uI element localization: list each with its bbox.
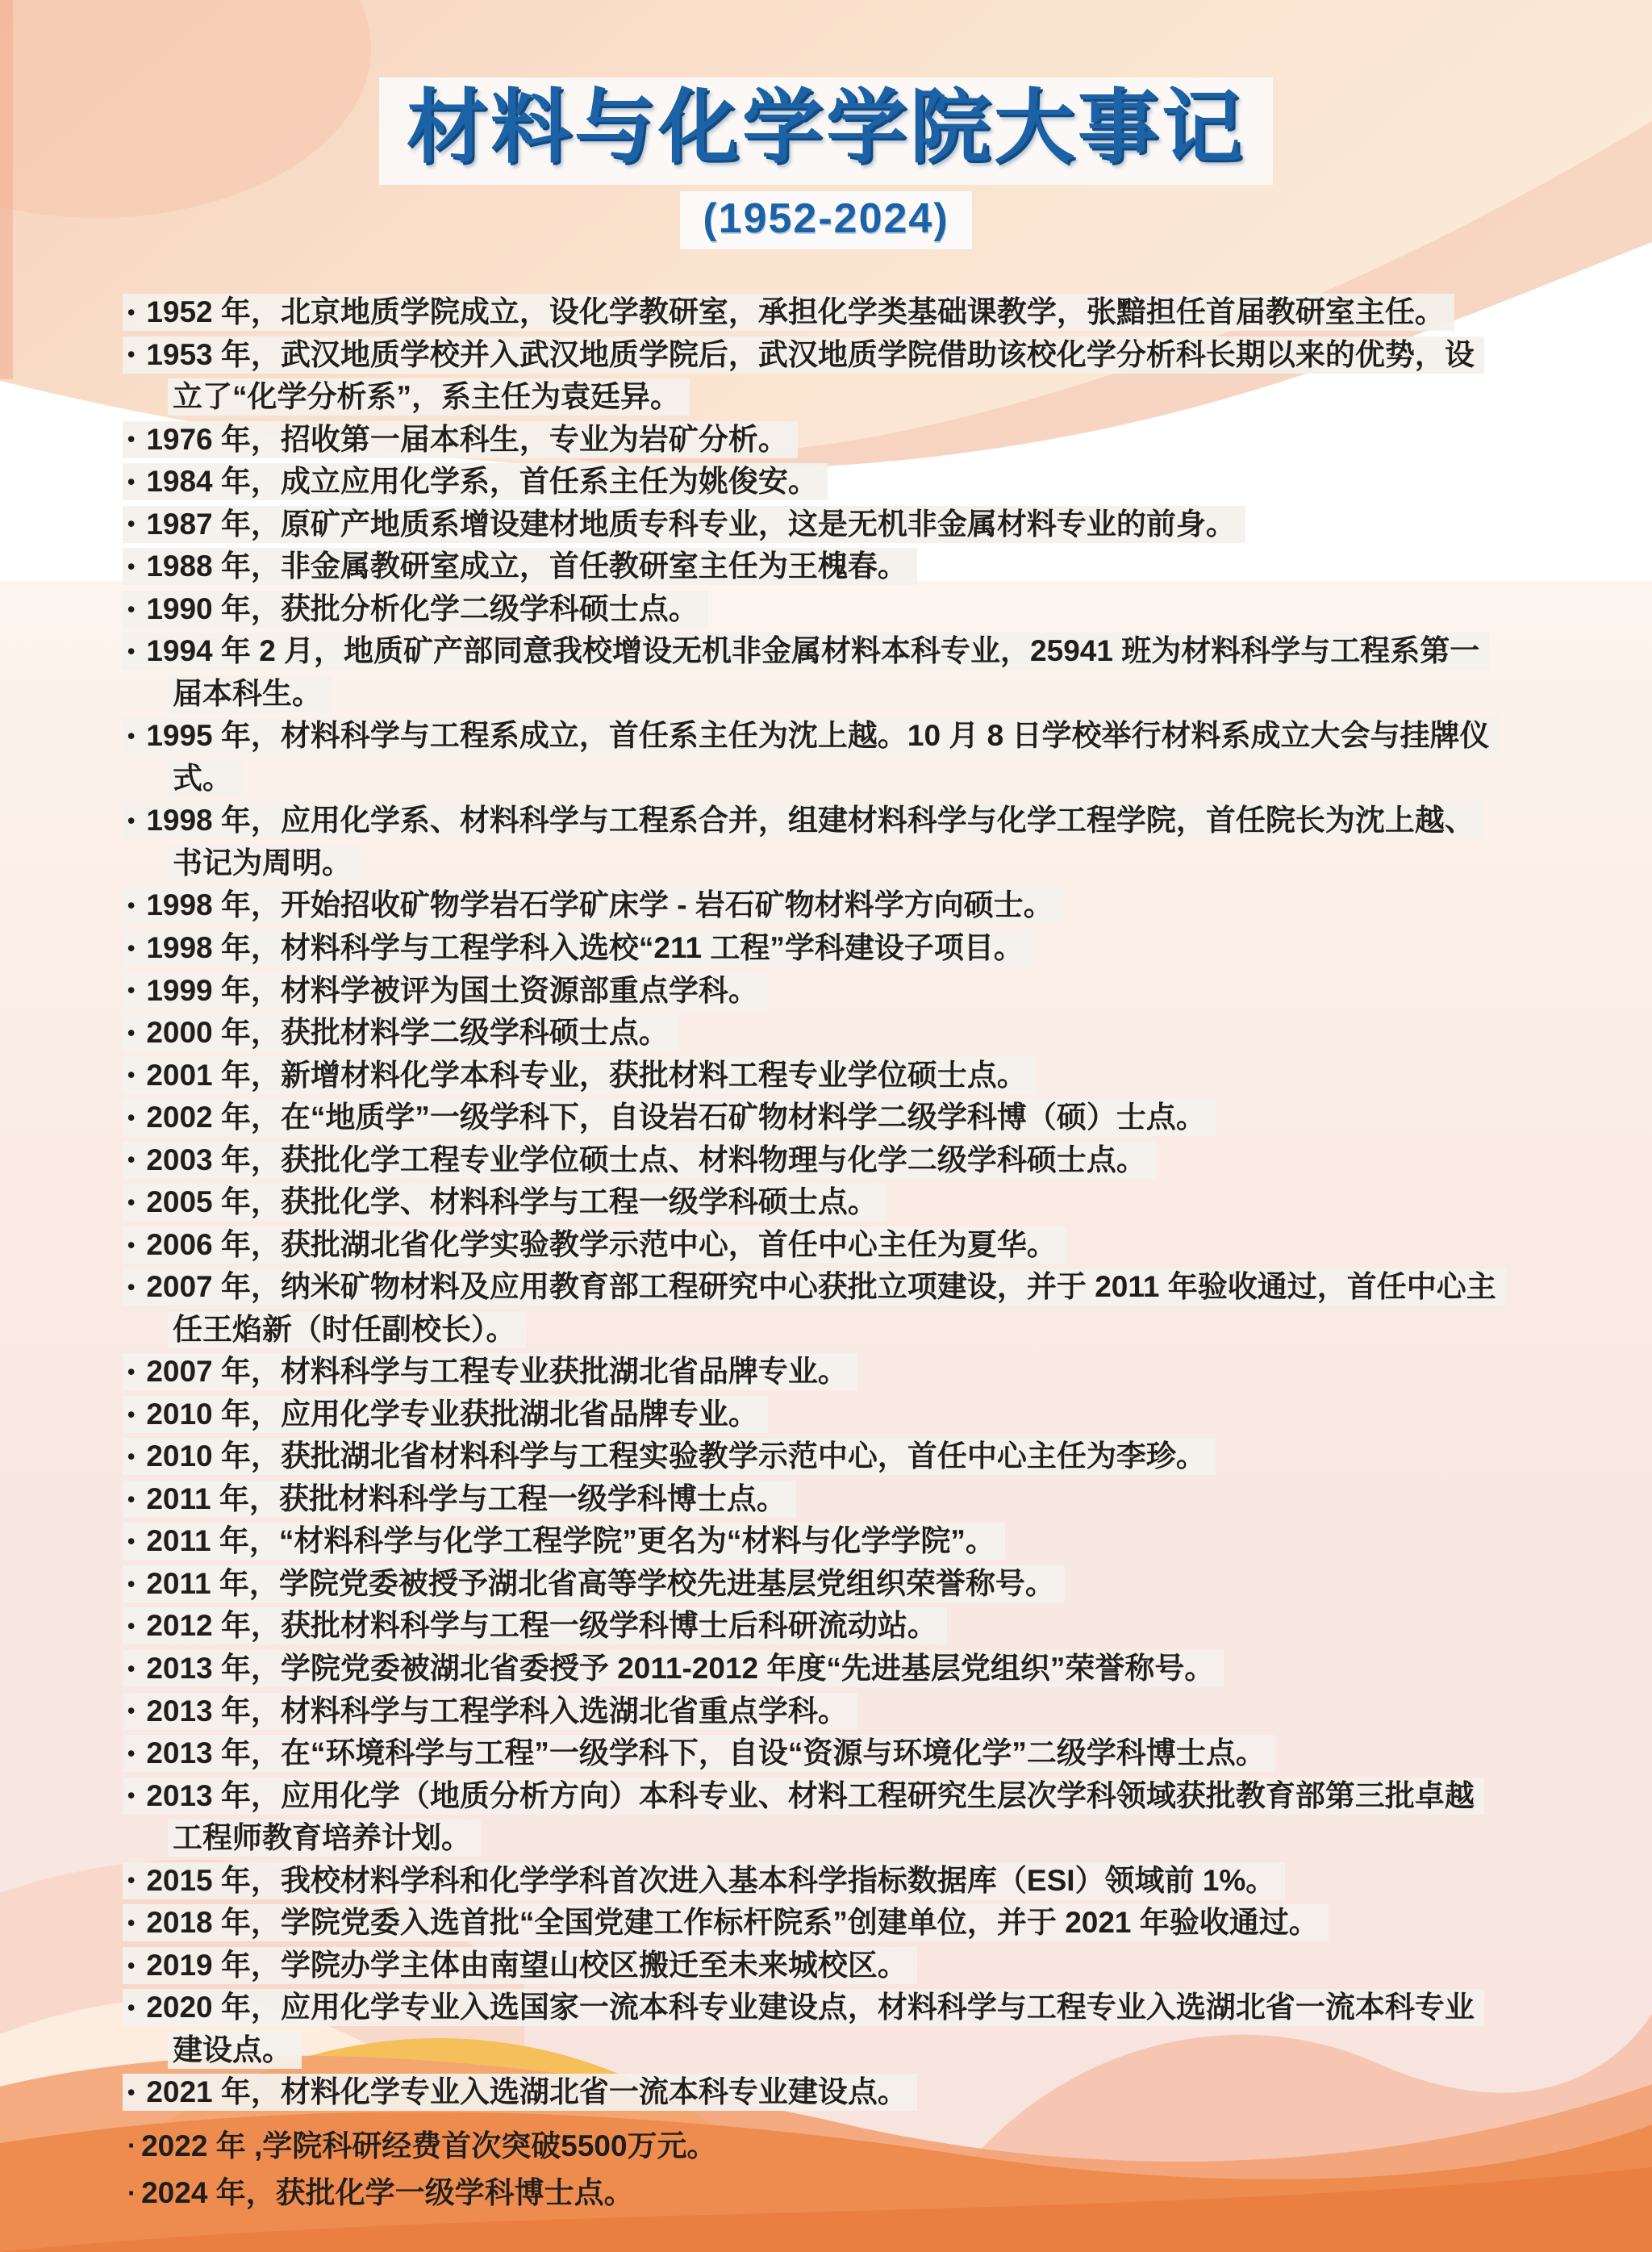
- timeline-item-highlight: •2013 年，在“环境科学与工程”一级学科下，自设“资源与环境化学”二级学科博…: [123, 1735, 1275, 1772]
- bullet-icon: •: [127, 1696, 135, 1727]
- timeline-item-text: 2022 年 ,学院科研经费首次突破5500万元。: [141, 2129, 716, 2162]
- bullet-icon: •: [127, 1654, 135, 1685]
- timeline-item-highlight: •2002 年，在“地质学”一级学科下，自设岩石矿物材料学二级学科博（硕）士点。: [123, 1099, 1216, 1136]
- poster-content: 材料与化学学院大事记 (1952-2024) •1952 年，北京地质学院成立，…: [0, 0, 1652, 2252]
- timeline-item: •1953 年，武汉地质学校并入武汉地质学院后，武汉地质学院借助该校化学分析科长…: [123, 334, 1500, 419]
- timeline-item-text: 2024 年，获批化学一级学科博士点。: [141, 2176, 634, 2209]
- timeline-item-highlight: •2011 年，“材料科学与化学工程学院”更名为“材料与化学学院”。: [123, 1523, 1005, 1560]
- timeline-item: •2013 年，材料科学与工程学科入选湖北省重点学科。: [123, 1690, 1500, 1733]
- timeline-item: •1952 年，北京地质学院成立，设化学教研室，承担化学类基础课教学，张黯担任首…: [123, 291, 1500, 334]
- timeline-item-text: 2013 年，应用化学（地质分析方向）本科专业、材料工程研究生层次学科领域获批教…: [146, 1779, 1475, 1855]
- timeline-item: •2011 年，“材料科学与化学工程学院”更名为“材料与化学学院”。: [123, 1520, 1500, 1563]
- header: 材料与化学学院大事记 (1952-2024): [0, 0, 1652, 249]
- timeline-item-text: 2019 年，学院办学主体由南望山校区搬迁至未来城校区。: [146, 1949, 907, 1982]
- timeline-item: •2013 年，在“环境科学与工程”一级学科下，自设“资源与环境化学”二级学科博…: [123, 1732, 1500, 1775]
- bullet-icon: •: [127, 1866, 135, 1896]
- timeline-list: •1952 年，北京地质学院成立，设化学教研室，承担化学类基础课教学，张黯担任首…: [0, 291, 1652, 2215]
- timeline-item-text: 1952 年，北京地质学院成立，设化学教研室，承担化学类基础课教学，张黯担任首届…: [146, 295, 1445, 328]
- timeline-item-highlight: •1976 年，招收第一届本科生，专业为岩矿分析。: [123, 421, 798, 458]
- timeline-item: •2010 年，应用化学专业获批湖北省品牌专业。: [123, 1393, 1500, 1436]
- bullet-icon: ·: [127, 2175, 136, 2212]
- bullet-icon: •: [127, 1611, 135, 1642]
- timeline-item-text: 1999 年，材料学被评为国土资源部重点学科。: [146, 974, 758, 1007]
- timeline-item-text: 2011 年，学院党委被授予湖北省高等学校先进基层党组织荣誉称号。: [146, 1567, 1055, 1600]
- bullet-icon: •: [127, 2078, 135, 2108]
- bullet-icon: •: [127, 1060, 135, 1091]
- timeline-item-highlight: •1988 年，非金属教研室成立，首任教研室主任为王槐春。: [123, 548, 917, 585]
- timeline-item-text: 2001 年，新增材料化学本科专业，获批材料工程专业学位硕士点。: [146, 1059, 1027, 1092]
- timeline-item: •1998 年，材料科学与工程学科入选校“211 工程”学科建设子项目。: [123, 927, 1500, 970]
- timeline-item-highlight: •2018 年，学院党委入选首批“全国党建工作标杆院系”创建单位，并于 2021…: [123, 1904, 1329, 1941]
- timeline-item-text: 1995 年，材料科学与工程系成立，首任系主任为沈上越。10 月 8 日学校举行…: [146, 719, 1489, 795]
- bullet-icon: •: [127, 552, 135, 583]
- bullet-icon: •: [127, 298, 135, 328]
- timeline-item-text: 2020 年，应用化学专业入选国家一流本科专业建设点，材料科学与工程专业入选湖北…: [146, 1991, 1475, 2066]
- timeline-item-text: 2011 年，获批材料科学与工程一级学科博士点。: [146, 1482, 786, 1515]
- timeline-item-text: 2005 年，获批化学、材料科学与工程一级学科硕士点。: [146, 1185, 878, 1218]
- timeline-item-highlight: •2011 年，学院党委被授予湖北省高等学校先进基层党组织荣誉称号。: [123, 1565, 1065, 1602]
- bullet-icon: •: [127, 340, 135, 370]
- page-subtitle: (1952-2024): [680, 191, 971, 249]
- timeline-item-highlight: •2006 年，获批湖北省化学实验教学示范中心，首任中心主任为夏华。: [123, 1226, 1066, 1264]
- timeline-item: •2007 年，纳米矿物材料及应用教育部工程研究中心获批立项建设，并于 2011…: [123, 1266, 1500, 1351]
- timeline-item-highlight: •2020 年，应用化学专业入选国家一流本科专业建设点，材料科学与工程专业入选湖…: [123, 1989, 1484, 2069]
- timeline-item-highlight: •2013 年，学院党委被湖北省委授予 2011-2012 年度“先进基层党组织…: [123, 1650, 1224, 1687]
- bullet-icon: •: [127, 1485, 135, 1515]
- timeline-item-text: 2015 年，我校材料学科和化学学科首次进入基本科学指标数据库（ESI）领域前 …: [146, 1864, 1275, 1897]
- timeline-item: •2002 年，在“地质学”一级学科下，自设岩石矿物材料学二级学科博（硕）士点。: [123, 1097, 1500, 1139]
- timeline-item-text: 1998 年，材料科学与工程学科入选校“211 工程”学科建设子项目。: [146, 931, 1024, 964]
- timeline-item: •2011 年，获批材料科学与工程一级学科博士点。: [123, 1478, 1500, 1521]
- bullet-icon: •: [127, 1442, 135, 1473]
- page-title: 材料与化学学院大事记: [379, 77, 1273, 185]
- timeline-item-text: 1998 年，应用化学系、材料科学与工程系合并，组建材料科学与化学工程学院，首任…: [146, 804, 1475, 879]
- timeline-item-highlight: ·2024 年，获批化学一级学科博士点。: [123, 2175, 644, 2212]
- timeline-item-text: 2007 年，材料科学与工程专业获批湖北省品牌专业。: [146, 1355, 848, 1388]
- timeline-item-highlight: •2007 年，纳米矿物材料及应用教育部工程研究中心获批立项建设，并于 2011…: [123, 1268, 1506, 1348]
- bullet-icon: •: [127, 1145, 135, 1176]
- timeline-item: •2003 年，获批化学工程专业学位硕士点、材料物理与化学二级学科硕士点。: [123, 1139, 1500, 1182]
- timeline-item: •1984 年，成立应用化学系，首任系主任为姚俊安。: [123, 461, 1500, 503]
- timeline-item-text: 2010 年，获批湖北省材料科学与工程实验教学示范中心，首任中心主任为李珍。: [146, 1439, 1206, 1473]
- bullet-icon: •: [127, 1357, 135, 1388]
- bullet-icon: •: [127, 891, 135, 921]
- timeline-item-highlight: ·2022 年 ,学院科研经费首次突破5500万元。: [123, 2128, 727, 2165]
- bullet-icon: •: [127, 1569, 135, 1600]
- timeline-item-highlight: •2007 年，材料科学与工程专业获批湖北省品牌专业。: [123, 1353, 857, 1390]
- timeline-item: •1999 年，材料学被评为国土资源部重点学科。: [123, 970, 1500, 1013]
- bullet-icon: •: [127, 637, 135, 667]
- timeline-item-text: 2013 年，材料科学与工程学科入选湖北省重点学科。: [146, 1694, 848, 1728]
- timeline-item-highlight: •1953 年，武汉地质学校并入武汉地质学院后，武汉地质学院借助该校化学分析科长…: [123, 336, 1484, 416]
- timeline-item-highlight: •1952 年，北京地质学院成立，设化学教研室，承担化学类基础课教学，张黯担任首…: [123, 294, 1454, 331]
- timeline-item-highlight: •2010 年，应用化学专业获批湖北省品牌专业。: [123, 1396, 768, 1433]
- timeline-item: •2019 年，学院办学主体由南望山校区搬迁至未来城校区。: [123, 1945, 1500, 1987]
- bullet-icon: •: [127, 1230, 135, 1261]
- timeline-item-highlight: •2000 年，获批材料学二级学科硕士点。: [123, 1014, 678, 1051]
- timeline-item: •1990 年，获批分析化学二级学科硕士点。: [123, 588, 1500, 631]
- timeline-item-highlight: •2010 年，获批湖北省材料科学与工程实验教学示范中心，首任中心主任为李珍。: [123, 1438, 1216, 1475]
- timeline-item-text: 1987 年，原矿产地质系增设建材地质专科专业，这是无机非金属材料专业的前身。: [146, 508, 1236, 541]
- timeline-item-text: 2018 年，学院党委入选首批“全国党建工作标杆院系”创建单位，并于 2021 …: [146, 1906, 1318, 1939]
- bullet-icon: •: [127, 1018, 135, 1049]
- timeline-item: •2020 年，应用化学专业入选国家一流本科专业建设点，材料科学与工程专业入选湖…: [123, 1987, 1500, 2071]
- timeline-item: •2007 年，材料科学与工程专业获批湖北省品牌专业。: [123, 1351, 1500, 1393]
- timeline-item-text: 1984 年，成立应用化学系，首任系主任为姚俊安。: [146, 465, 818, 498]
- timeline-item-text: 2000 年，获批材料学二级学科硕士点。: [146, 1016, 669, 1049]
- timeline-item-highlight: •2011 年，获批材料科学与工程一级学科博士点。: [123, 1481, 796, 1518]
- timeline-item-text: 1990 年，获批分析化学二级学科硕士点。: [146, 592, 699, 625]
- timeline-item: •2011 年，学院党委被授予湖北省高等学校先进基层党组织荣誉称号。: [123, 1563, 1500, 1606]
- timeline-item-text: 1953 年，武汉地质学校并入武汉地质学院后，武汉地质学院借助该校化学分析科长期…: [146, 338, 1475, 414]
- timeline-item: •1995 年，材料科学与工程系成立，首任系主任为沈上越。10 月 8 日学校举…: [123, 715, 1500, 800]
- timeline-item: •1987 年，原矿产地质系增设建材地质专科专业，这是无机非金属材料专业的前身。: [123, 503, 1500, 546]
- timeline-item-highlight: •1998 年，材料科学与工程学科入选校“211 工程”学科建设子项目。: [123, 930, 1033, 967]
- timeline-item-text: 2006 年，获批湖北省化学实验教学示范中心，首任中心主任为夏华。: [146, 1228, 1057, 1261]
- bullet-icon: •: [127, 1103, 135, 1134]
- timeline-item: •2021 年，材料化学专业入选湖北省一流本科专业建设点。: [123, 2071, 1500, 2114]
- timeline-item-highlight: •1999 年，材料学被评为国土资源部重点学科。: [123, 972, 768, 1009]
- timeline-item-text: 2013 年，在“环境科学与工程”一级学科下，自设“资源与环境化学”二级学科博士…: [146, 1736, 1266, 1769]
- timeline-item-text: 1994 年 2 月，地质矿产部同意我校增设无机非金属材料本科专业，25941 …: [146, 634, 1479, 710]
- timeline-item: •1998 年，应用化学系、材料科学与工程系合并，组建材料科学与化学工程学院，首…: [123, 800, 1500, 884]
- timeline-item-text: 2010 年，应用化学专业获批湖北省品牌专业。: [146, 1398, 758, 1431]
- timeline-item-highlight: •1998 年，开始招收矿物学岩石学矿床学 - 岩石矿物材料学方向硕士。: [123, 887, 1063, 924]
- timeline-item-highlight: •1990 年，获批分析化学二级学科硕士点。: [123, 591, 708, 628]
- timeline-item: •1998 年，开始招收矿物学岩石学矿床学 - 岩石矿物材料学方向硕士。: [123, 884, 1500, 927]
- bullet-icon: •: [127, 1908, 135, 1939]
- bullet-icon: •: [127, 1400, 135, 1431]
- timeline-item-highlight: •2019 年，学院办学主体由南望山校区搬迁至未来城校区。: [123, 1947, 917, 1984]
- bullet-icon: •: [127, 934, 135, 964]
- timeline-item-text: 1988 年，非金属教研室成立，首任教研室主任为王槐春。: [146, 549, 907, 583]
- timeline-item: •2005 年，获批化学、材料科学与工程一级学科硕士点。: [123, 1181, 1500, 1224]
- timeline-item-text: 2003 年，获批化学工程专业学位硕士点、材料物理与化学二级学科硕士点。: [146, 1143, 1146, 1176]
- timeline-item: •2001 年，新增材料化学本科专业，获批材料工程专业学位硕士点。: [123, 1055, 1500, 1097]
- timeline-item-highlight: •1994 年 2 月，地质矿产部同意我校增设无机非金属材料本科专业，25941…: [123, 633, 1489, 712]
- timeline-item-text: 2012 年，获批材料科学与工程一级学科博士后科研流动站。: [146, 1609, 937, 1642]
- timeline-item: •2018 年，学院党委入选首批“全国党建工作标杆院系”创建单位，并于 2021…: [123, 1902, 1500, 1945]
- timeline-item: •2012 年，获批材料科学与工程一级学科博士后科研流动站。: [123, 1605, 1500, 1648]
- bullet-icon: •: [127, 1781, 135, 1811]
- timeline-item-text: 2011 年，“材料科学与化学工程学院”更名为“材料与化学学院”。: [146, 1524, 995, 1557]
- bullet-icon: •: [127, 1272, 135, 1303]
- timeline-item-text: 2013 年，学院党委被湖北省委授予 2011-2012 年度“先进基层党组织”…: [146, 1652, 1214, 1685]
- bullet-icon: •: [127, 1527, 135, 1557]
- timeline-item-highlight: •1998 年，应用化学系、材料科学与工程系合并，组建材料科学与化学工程学院，首…: [123, 802, 1484, 882]
- timeline-item: •2013 年，学院党委被湖北省委授予 2011-2012 年度“先进基层党组织…: [123, 1648, 1500, 1690]
- timeline-item: •2000 年，获批材料学二级学科硕士点。: [123, 1012, 1500, 1055]
- bullet-icon: •: [127, 467, 135, 498]
- bullet-icon: •: [127, 721, 135, 752]
- timeline-item: •1994 年 2 月，地质矿产部同意我校增设无机非金属材料本科专业，25941…: [123, 630, 1500, 715]
- timeline-item-highlight: •2003 年，获批化学工程专业学位硕士点、材料物理与化学二级学科硕士点。: [123, 1142, 1156, 1179]
- timeline-item-highlight: •2015 年，我校材料学科和化学学科首次进入基本科学指标数据库（ESI）领域前…: [123, 1862, 1285, 1899]
- timeline-item-highlight: •1995 年，材料科学与工程系成立，首任系主任为沈上越。10 月 8 日学校举…: [123, 717, 1500, 797]
- poster-page: 材料与化学学院大事记 (1952-2024) •1952 年，北京地质学院成立，…: [0, 0, 1652, 2252]
- timeline-item: ·2022 年 ,学院科研经费首次突破5500万元。: [123, 2125, 1500, 2168]
- timeline-item-text: 2021 年，材料化学专业入选湖北省一流本科专业建设点。: [146, 2075, 907, 2108]
- bullet-icon: ·: [127, 2127, 136, 2165]
- bullet-icon: •: [127, 595, 135, 625]
- timeline-item-highlight: •2012 年，获批材料科学与工程一级学科博士后科研流动站。: [123, 1607, 947, 1644]
- timeline-item-text: 1998 年，开始招收矿物学岩石学矿床学 - 岩石矿物材料学方向硕士。: [146, 888, 1053, 921]
- timeline-item-highlight: •2021 年，材料化学专业入选湖北省一流本科专业建设点。: [123, 2074, 917, 2111]
- timeline-item: •2006 年，获批湖北省化学实验教学示范中心，首任中心主任为夏华。: [123, 1224, 1500, 1267]
- timeline-item: •2013 年，应用化学（地质分析方向）本科专业、材料工程研究生层次学科领域获批…: [123, 1775, 1500, 1860]
- timeline-item-highlight: •2013 年，应用化学（地质分析方向）本科专业、材料工程研究生层次学科领域获批…: [123, 1778, 1484, 1857]
- bullet-icon: •: [127, 1993, 135, 2024]
- timeline-item-text: 1976 年，招收第一届本科生，专业为岩矿分析。: [146, 423, 788, 456]
- timeline-item: ·2024 年，获批化学一级学科博士点。: [123, 2172, 1500, 2215]
- timeline-item-text: 2007 年，纳米矿物材料及应用教育部工程研究中心获批立项建设，并于 2011 …: [146, 1270, 1496, 1346]
- timeline-item: •1988 年，非金属教研室成立，首任教研室主任为王槐春。: [123, 545, 1500, 588]
- bullet-icon: •: [127, 1739, 135, 1769]
- bullet-icon: •: [127, 1188, 135, 1218]
- timeline-item: •2010 年，获批湖北省材料科学与工程实验教学示范中心，首任中心主任为李珍。: [123, 1435, 1500, 1478]
- timeline-item-highlight: •1987 年，原矿产地质系增设建材地质专科专业，这是无机非金属材料专业的前身。: [123, 506, 1245, 543]
- bullet-icon: •: [127, 509, 135, 540]
- bullet-icon: •: [127, 976, 135, 1006]
- bullet-icon: •: [127, 424, 135, 455]
- bullet-icon: •: [127, 1951, 135, 1982]
- timeline-item: •1976 年，招收第一届本科生，专业为岩矿分析。: [123, 419, 1500, 462]
- timeline-item-text: 2002 年，在“地质学”一级学科下，自设岩石矿物材料学二级学科博（硕）士点。: [146, 1101, 1206, 1134]
- bullet-icon: •: [127, 806, 135, 837]
- timeline-item: •2015 年，我校材料学科和化学学科首次进入基本科学指标数据库（ESI）领域前…: [123, 1860, 1500, 1903]
- timeline-item-highlight: •2005 年，获批化学、材料科学与工程一级学科硕士点。: [123, 1184, 887, 1221]
- timeline-item-highlight: •1984 年，成立应用化学系，首任系主任为姚俊安。: [123, 463, 828, 500]
- timeline-item-highlight: •2013 年，材料科学与工程学科入选湖北省重点学科。: [123, 1693, 857, 1730]
- timeline-item-highlight: •2001 年，新增材料化学本科专业，获批材料工程专业学位硕士点。: [123, 1057, 1037, 1094]
